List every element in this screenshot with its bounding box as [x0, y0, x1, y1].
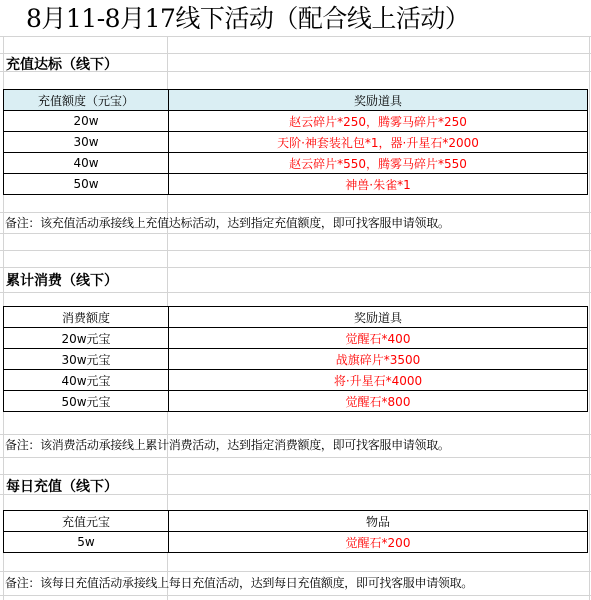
section-title-recharge-target: 充值达标（线下） — [6, 54, 118, 74]
column-header-amount: 消费额度 — [4, 307, 169, 328]
gridline-h — [0, 36, 591, 37]
table-row: 40w 赵云碎片*550，腾雾马碎片*550 — [4, 153, 588, 174]
table-row: 5w 觉醒石*200 — [4, 532, 588, 553]
table-header-row: 消费额度 奖励道具 — [4, 307, 588, 328]
table-row: 40w元宝 将·升星石*4000 — [4, 370, 588, 391]
reward-cell[interactable]: 觉醒石*200 — [169, 532, 588, 553]
gridline-h — [0, 292, 591, 293]
column-header-reward: 奖励道具 — [169, 307, 588, 328]
reward-cell[interactable]: 天阶·神套装礼包*1，器·升星石*2000 — [169, 132, 588, 153]
reward-cell[interactable]: 神兽·朱雀*1 — [169, 174, 588, 195]
recharge-target-note: 备注：该充值活动承接线上充值达标活动，达到指定充值额度，即可找客服申请领取。 — [5, 214, 450, 231]
amount-cell[interactable]: 20w元宝 — [4, 328, 169, 349]
column-header-reward: 奖励道具 — [169, 90, 588, 111]
gridline-h — [0, 571, 591, 572]
recharge-target-table: 充值额度（元宝） 奖励道具 20w 赵云碎片*250，腾雾马碎片*250 30w… — [3, 89, 588, 195]
section-title-daily-recharge: 每日充值（线下） — [6, 476, 118, 496]
reward-cell[interactable]: 战旗碎片*3500 — [169, 349, 588, 370]
amount-cell[interactable]: 50w — [4, 174, 169, 195]
page-title: 8月11-8月17线下活动（配合线上活动） — [0, 0, 591, 36]
table-row: 50w 神兽·朱雀*1 — [4, 174, 588, 195]
daily-recharge-table: 充值元宝 物品 5w 觉醒石*200 — [3, 510, 588, 553]
amount-cell[interactable]: 30w — [4, 132, 169, 153]
cumulative-spend-note: 备注：该消费活动承接线上累计消费活动，达到指定消费额度，即可找客服申请领取。 — [5, 436, 450, 453]
daily-recharge-note: 备注：该每日充值活动承接线上每日充值活动，达到每日充值额度，即可找客服申请领取。 — [5, 574, 473, 591]
reward-cell[interactable]: 赵云碎片*250，腾雾马碎片*250 — [169, 111, 588, 132]
gridline-h — [0, 434, 591, 435]
amount-cell[interactable]: 40w元宝 — [4, 370, 169, 391]
column-header-amount: 充值元宝 — [4, 511, 169, 532]
table-row: 20w 赵云碎片*250，腾雾马碎片*250 — [4, 111, 588, 132]
gridline-h — [0, 212, 591, 213]
section-title-cumulative-spend: 累计消费（线下） — [6, 270, 118, 290]
table-header-row: 充值额度（元宝） 奖励道具 — [4, 90, 588, 111]
amount-cell[interactable]: 20w — [4, 111, 169, 132]
gridline-h — [0, 474, 591, 475]
table-header-row: 充值元宝 物品 — [4, 511, 588, 532]
gridline-h — [0, 250, 591, 251]
cumulative-spend-table: 消费额度 奖励道具 20w元宝 觉醒石*400 30w元宝 战旗碎片*3500 … — [3, 306, 588, 412]
gridline-h — [0, 595, 591, 596]
gridline-h — [0, 267, 591, 268]
gridline-h — [0, 233, 591, 234]
column-header-reward: 物品 — [169, 511, 588, 532]
amount-cell[interactable]: 40w — [4, 153, 169, 174]
amount-cell[interactable]: 50w元宝 — [4, 391, 169, 412]
table-row: 30w 天阶·神套装礼包*1，器·升星石*2000 — [4, 132, 588, 153]
reward-cell[interactable]: 觉醒石*800 — [169, 391, 588, 412]
gridline-h — [0, 457, 591, 458]
column-header-amount: 充值额度（元宝） — [4, 90, 169, 111]
reward-cell[interactable]: 赵云碎片*550，腾雾马碎片*550 — [169, 153, 588, 174]
table-row: 50w元宝 觉醒石*800 — [4, 391, 588, 412]
amount-cell[interactable]: 5w — [4, 532, 169, 553]
table-row: 20w元宝 觉醒石*400 — [4, 328, 588, 349]
gridline-v — [589, 0, 590, 600]
reward-cell[interactable]: 觉醒石*400 — [169, 328, 588, 349]
reward-cell[interactable]: 将·升星石*4000 — [169, 370, 588, 391]
amount-cell[interactable]: 30w元宝 — [4, 349, 169, 370]
table-row: 30w元宝 战旗碎片*3500 — [4, 349, 588, 370]
